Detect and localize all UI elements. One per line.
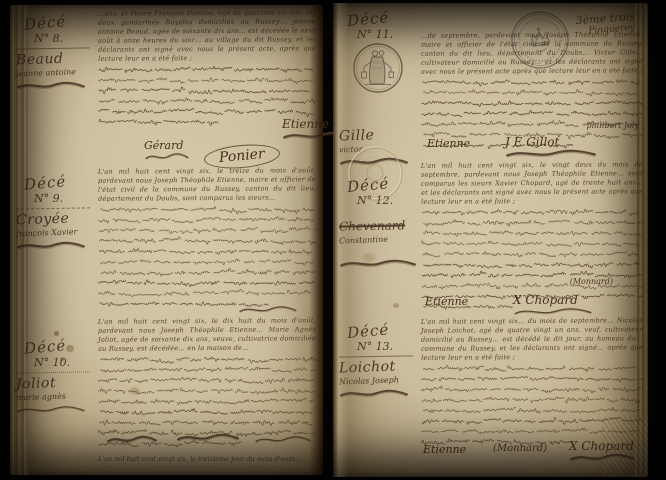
right-page: Décé N° 11. Gille victor [333, 3, 648, 477]
act-text-fragment: L'an mil huit cent vingt six… du mois de… [421, 316, 643, 363]
signature-etienne: Etienne [425, 295, 468, 308]
entry-12-margin: Décé N° 12. Chevenard Constantine [339, 175, 423, 269]
folio-note: 3ème trois Pinquerey [575, 10, 636, 37]
act-text-fragment: L'an mil huit cent vingt six, le treize … [98, 166, 316, 204]
entry-type-label: Décé [338, 317, 423, 342]
signature-etienne: Etienne [427, 137, 470, 150]
left-margin-column: Décé N° 8. Beaud jeanne antoine Décé N° … [16, 5, 96, 475]
entry-12-signatures: (Monnard) Etienne X Chopard [421, 291, 643, 319]
entry-11-signatures: philibert Joly Etienne J E Gillot [421, 133, 643, 163]
signature-flourish [254, 435, 312, 444]
flourish-mark [16, 240, 86, 251]
entry-12-act-text: L'an mil huit cent vingt six, le vingt d… [421, 161, 643, 311]
signature-flourish [106, 435, 158, 444]
deceased-given-names: françois Xavier [16, 227, 96, 239]
signature-flourish-2 [176, 433, 240, 442]
entry-9-closing-flourish [238, 305, 298, 314]
deceased-given-names: Nicolas Joseph [339, 375, 423, 387]
allegorical-figure-stamp-icon [351, 41, 405, 95]
signature-flourish [569, 453, 635, 462]
signature-flourish [513, 307, 593, 316]
signature-etienne: Etienne [423, 443, 466, 456]
deceased-given-names: marie agnès [16, 391, 96, 403]
entry-type-label: Décé [15, 170, 96, 195]
act-text-fragment: L'an mil huit cent vingt six, le vingt d… [421, 160, 643, 207]
deceased-surname: Croyée [16, 210, 97, 229]
flourish-mark [339, 258, 417, 269]
signature-flourish [176, 433, 240, 442]
right-body-column: …de septembre, pardevant nous Joseph Thé… [421, 3, 643, 477]
entry-10-signatures [98, 433, 316, 449]
entry-number: N° 10. [16, 356, 96, 369]
act-text-fragment: L'an mil huit cent vingt six, le dix hui… [98, 316, 316, 354]
next-act-first-line: L'an mil huit cent vingt six, le treiziè… [98, 455, 316, 463]
deceased-surname: Gille [339, 126, 424, 145]
entry-13-act-text: L'an mil huit cent vingt six… du mois de… [421, 317, 643, 446]
act-text-fragment: …de septembre, pardevant nous Joseph Thé… [421, 30, 643, 77]
entry-number: N° 12. [339, 194, 423, 207]
entry-number: N° 9. [16, 192, 96, 205]
entry-type-label: Décé [15, 334, 96, 359]
handwriting-lines [98, 203, 316, 308]
signature-gerard: Gérard [144, 139, 190, 161]
signature-flourish [238, 305, 298, 314]
entry-10-margin: Décé N° 10. Joliot marie agnès [16, 337, 96, 415]
signature-monnard: (Monnard) [493, 443, 547, 454]
left-body-column: …ans, et Pierre François Domine, agé de … [98, 5, 316, 475]
deceased-surname: Joliot [16, 374, 97, 393]
handwriting-lines [421, 362, 643, 446]
entry-13-signatures: Etienne (Monnard) X Chopard [421, 439, 643, 467]
entry-8-act-text: …ans, et Pierre François Domine, agé de … [98, 9, 316, 126]
entry-9-act-text: L'an mil huit cent vingt six, le treize … [98, 167, 316, 308]
deceased-surname: Beaud [16, 50, 97, 69]
entry-9-margin: Décé N° 9. Croyée françois Xavier [16, 173, 96, 251]
entry-type-label: Décé [338, 171, 423, 196]
deceased-given-names: Constantine [339, 234, 423, 246]
right-margin-column: Décé N° 11. Gille victor [339, 3, 423, 477]
signature-flourish-3 [254, 435, 312, 444]
deceased-surname: Loichot [339, 358, 424, 377]
flourish-mark [16, 80, 86, 91]
signature-flourish [144, 152, 190, 161]
entry-type-label: Décé [338, 5, 423, 30]
signature-chopard: X Chopard [569, 439, 635, 462]
signature-gillot: J E Gillot [505, 135, 597, 158]
entry-8-signatures: Gérard Ponier Etienne [98, 113, 316, 169]
entry-10-act-text: L'an mil huit cent vingt six, le dix hui… [98, 317, 316, 448]
register-scan: Décé N° 8. Beaud jeanne antoine Décé N° … [0, 0, 666, 480]
left-page: Décé N° 8. Beaud jeanne antoine Décé N° … [10, 5, 323, 475]
entry-number: N° 11. [339, 28, 423, 41]
signature-flourish [505, 149, 597, 158]
entry-13-margin: Décé N° 13. Loichot Nicolas Joseph [339, 321, 423, 399]
signature-chopard: X Chopard [513, 293, 593, 316]
deceased-surname-struck-through: Chevenard [339, 218, 405, 233]
entry-11-margin: Décé N° 11. Gille victor [339, 9, 423, 167]
entry-number: N° 13. [339, 340, 423, 353]
signature-flourish-1 [106, 435, 158, 444]
entry-number: N° 8. [16, 32, 96, 45]
entry-type-label: Décé [15, 10, 96, 35]
flourish-mark [339, 388, 409, 399]
closing-name: philibert Joly [587, 121, 640, 130]
closing-name: (Monnard) [570, 277, 613, 286]
entry-11-act-text: …de septembre, pardevant nous Joseph Thé… [421, 31, 643, 150]
deceased-given-names: jeanne antoine [16, 67, 96, 79]
entry-8-margin: Décé N° 8. Beaud jeanne antoine [16, 13, 96, 91]
act-text-fragment: …ans, et Pierre François Domine, agé de … [98, 8, 316, 64]
flourish-mark [16, 404, 86, 415]
